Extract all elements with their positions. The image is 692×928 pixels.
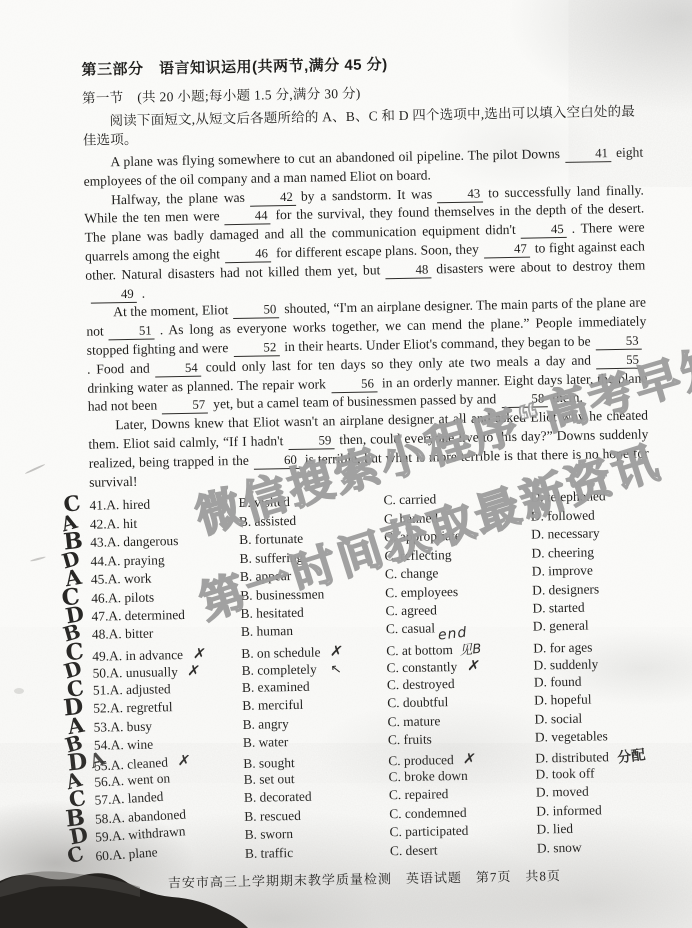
- q43-option-c: C. appropriate: [384, 527, 531, 546]
- q60-option-b: B. traffic: [245, 843, 390, 862]
- q58-option-d: D. informed: [536, 800, 692, 819]
- q57-option-b: B. decorated: [244, 788, 389, 807]
- q41-option-b: B. visited: [238, 493, 383, 512]
- passage-paragraph: Halfway, the plane was42by a sandstorm. …: [84, 181, 646, 304]
- blank-43: 43: [437, 187, 483, 203]
- q52-option-b: B. merciful: [242, 695, 387, 714]
- q54-option-c: C. fruits: [388, 730, 535, 749]
- blank-49: 49: [91, 287, 137, 303]
- blank-57: 57: [162, 399, 208, 415]
- q59-option-d: D. lied: [536, 819, 692, 838]
- q46-option-d: D. designers: [532, 579, 692, 598]
- blank-48: 48: [385, 263, 431, 279]
- q51-option-c: C. destroyed: [387, 674, 534, 693]
- q41-option-c: C. carried: [383, 490, 530, 509]
- handwritten-mark: ↖: [330, 662, 343, 678]
- q59-option-b: B. sworn: [244, 824, 389, 843]
- q52-option-a: 52.A. regretful: [93, 698, 242, 717]
- blank-47: 47: [484, 243, 530, 259]
- q60-option-c: C. desert: [390, 840, 537, 859]
- q53-option-c: C. mature: [387, 711, 534, 730]
- blank-46: 46: [225, 247, 271, 263]
- q42-option-a: 42.A. hit: [90, 514, 239, 533]
- part-title: 第三部分 语言知识运用(共两节,满分 45 分): [81, 49, 641, 80]
- q59-option-c: C. participated: [389, 822, 536, 841]
- cloze-passage: A plane was flying somewhere to cut an a…: [83, 144, 649, 493]
- q45-option-a: 45.A. work: [91, 569, 240, 588]
- q48-option-b: B. human: [241, 622, 386, 641]
- q42-option-d: D. followed: [531, 505, 692, 524]
- blank-56: 56: [331, 377, 377, 393]
- page-footer: 吉安市高三上学期期末教学质量检测 英语试题 第7页 共8页: [18, 862, 692, 894]
- q47-option-b: B. hesitated: [240, 603, 385, 622]
- exam-sheet: 第三部分 语言知识运用(共两节,满分 45 分) 第一节 (共 20 小题;每小…: [0, 0, 692, 928]
- blank-44: 44: [224, 210, 270, 226]
- handwritten-mark: ✗: [466, 656, 481, 675]
- q54-option-d: D. vegetables: [535, 727, 692, 746]
- q43-option-b: B. fortunate: [239, 530, 384, 549]
- q46-option-a: 46.A. pilots: [91, 588, 240, 607]
- q56-option-b: B. set out: [243, 769, 388, 788]
- handwritten-mark: ✗: [187, 661, 202, 680]
- q44-option-d: D. cheering: [531, 542, 692, 561]
- q57-option-c: C. repaired: [389, 785, 536, 804]
- handwritten-mark: ✗: [329, 641, 344, 660]
- q51-option-d: D. found: [534, 671, 692, 690]
- blank-51: 51: [109, 325, 155, 341]
- q41-option-a: 41.A. hired: [89, 495, 238, 514]
- q45-option-b: B. appear: [240, 566, 385, 585]
- q52-option-c: C. doubtful: [387, 693, 534, 712]
- q46-option-b: B. businessmen: [240, 585, 385, 604]
- q48-option-a: 48.A. bitter: [92, 624, 241, 643]
- q44-option-a: 44.A. praying: [90, 551, 239, 570]
- blank-53: 53: [596, 335, 642, 351]
- q56-option-d: D. took off: [535, 764, 692, 783]
- q47-option-d: D. started: [532, 598, 692, 617]
- q43-option-a: 43.A. dangerous: [90, 532, 239, 551]
- q44-option-c: C. reflecting: [384, 545, 531, 564]
- q51-option-b: B. examined: [242, 677, 387, 696]
- section-header: 第三部分 语言知识运用(共两节,满分 45 分) 第一节 (共 20 小题;每小…: [81, 49, 643, 150]
- q42-option-c: C. banned: [384, 508, 531, 527]
- blank-50: 50: [233, 304, 279, 320]
- blank-60: 60: [254, 454, 300, 470]
- blank-52: 52: [233, 341, 279, 357]
- blank-41: 41: [565, 147, 611, 163]
- blank-55: 55: [596, 353, 642, 369]
- handwritten-mark: ✗: [192, 644, 207, 663]
- q44-option-b: B. suffering: [239, 548, 384, 567]
- handwritten-mark: ✗: [177, 752, 191, 771]
- q45-option-c: C. change: [385, 564, 532, 583]
- blank-42: 42: [250, 190, 296, 206]
- q45-option-d: D. improve: [532, 561, 692, 580]
- q58-option-c: C. condemned: [389, 803, 536, 822]
- q47-option-c: C. agreed: [385, 601, 532, 620]
- blank-58: 58: [501, 393, 547, 409]
- blank-54: 54: [155, 361, 201, 377]
- q56-option-c: C. broke down: [388, 766, 535, 785]
- q52-option-d: D. hopeful: [534, 690, 692, 709]
- q53-option-b: B. angry: [242, 714, 387, 733]
- scanned-exam-page: 第三部分 语言知识运用(共两节,满分 45 分) 第一节 (共 20 小题;每小…: [0, 0, 692, 928]
- q41-option-d: D. telephoned: [530, 487, 692, 506]
- q48-option-d: D. general: [533, 616, 692, 635]
- q47-option-a: 47.A. determined: [91, 606, 240, 625]
- q57-option-d: D. moved: [536, 782, 692, 801]
- q46-option-c: C. employees: [385, 582, 532, 601]
- handwritten-mark: ✗: [463, 750, 478, 769]
- q42-option-b: B. assisted: [239, 511, 384, 530]
- question-list: 41.A. hiredB. visitedC. carriedD. teleph…: [89, 487, 692, 867]
- q43-option-d: D. necessary: [531, 524, 692, 543]
- blank-59: 59: [288, 434, 334, 450]
- passage-paragraph: Later, Downs knew that Eliot wasn't an a…: [88, 407, 649, 492]
- q53-option-d: D. social: [534, 708, 692, 727]
- passage-paragraph: At the moment, Eliot50shouted, “I'm an a…: [86, 294, 648, 417]
- q53-option-a: 53.A. busy: [93, 717, 242, 736]
- q60-option-d: D. snow: [537, 837, 692, 856]
- q50-option-c: C. constantly✗: [386, 656, 533, 677]
- q58-option-b: B. rescued: [244, 806, 389, 825]
- q50-option-a: 50.A. unusually✗: [92, 661, 241, 682]
- instruction-text: 阅读下面短文,从短文后各题所给的 A、B、C 和 D 四个选项中,选出可以填入空…: [82, 102, 643, 150]
- blank-45: 45: [521, 223, 567, 239]
- q51-option-a: 51.A. adjusted: [93, 680, 242, 699]
- q54-option-b: B. water: [243, 732, 388, 751]
